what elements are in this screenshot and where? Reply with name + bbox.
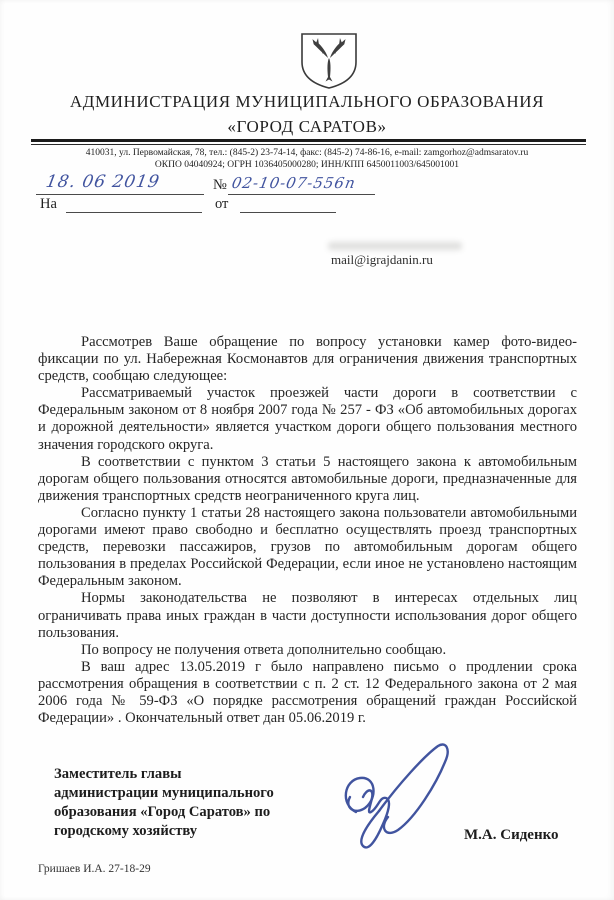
saratov-coat-of-arms-icon: [297, 31, 361, 91]
signer-position: Заместитель главы администрации муниципа…: [54, 765, 354, 841]
handwritten-signature: [332, 740, 484, 862]
body-paragraph: Рассмотрев Ваше обращение по вопросу уст…: [38, 334, 577, 385]
org-name-line2: «ГОРОД САРАТОВ»: [0, 117, 614, 137]
contact-block: 410031, ул. Первомайская, 78, тел.: (845…: [0, 148, 614, 171]
executor-contact: Гришаев И.А. 27-18-29: [38, 863, 151, 875]
org-name-line1: АДМИНИСТРАЦИЯ МУНИЦИПАЛЬНОГО ОБРАЗОВАНИЯ: [0, 92, 614, 112]
ot-label: от: [215, 196, 228, 213]
body-paragraph: Согласно пункту 1 статьи 28 настоящего з…: [38, 505, 577, 590]
date-underline: [36, 194, 204, 195]
signer-position-line: администрации муниципального: [54, 784, 354, 803]
signer-position-line: образования «Город Саратов» по: [54, 803, 354, 822]
body-paragraph: Нормы законодательства не позволяют в ин…: [38, 590, 577, 641]
na-label: На: [40, 196, 57, 213]
body-paragraph: Рассматриваемый участок проезжей части д…: [38, 385, 577, 453]
recipient-email: mail@igrajdanin.ru: [331, 252, 433, 268]
number-sign-label: №: [213, 177, 227, 194]
signer-name: М.А. Сиденко: [464, 827, 559, 844]
header-rule-thin: [31, 144, 586, 145]
signer-position-line: городскому хозяйству: [54, 822, 354, 841]
contact-line-codes: ОКПО 04040924; ОГРН 1036405000280; ИНН/К…: [0, 160, 614, 172]
letter-body: Рассмотрев Ваше обращение по вопросу уст…: [38, 334, 577, 727]
number-underline: [228, 194, 375, 195]
body-paragraph: В соответствии с пунктом 3 статьи 5 наст…: [38, 454, 577, 505]
redacted-recipient-name: [328, 242, 462, 250]
org-title-block: АДМИНИСТРАЦИЯ МУНИЦИПАЛЬНОГО ОБРАЗОВАНИЯ…: [0, 92, 614, 137]
handwritten-date: 18. 06 2019: [44, 172, 161, 192]
contact-line-address: 410031, ул. Первомайская, 78, тел.: (845…: [0, 148, 614, 160]
body-paragraph: В ваш адрес 13.05.2019 г было направлено…: [38, 659, 577, 727]
scanned-letter-page: АДМИНИСТРАЦИЯ МУНИЦИПАЛЬНОГО ОБРАЗОВАНИЯ…: [0, 0, 614, 900]
handwritten-outgoing-number: 02-10-07-556п: [230, 174, 357, 192]
signer-position-line: Заместитель главы: [54, 765, 354, 784]
body-paragraph: По вопросу не получения ответа дополните…: [38, 642, 577, 659]
header-rule-thick: [31, 139, 586, 142]
na-underline: [66, 212, 202, 213]
ot-underline: [240, 212, 336, 213]
